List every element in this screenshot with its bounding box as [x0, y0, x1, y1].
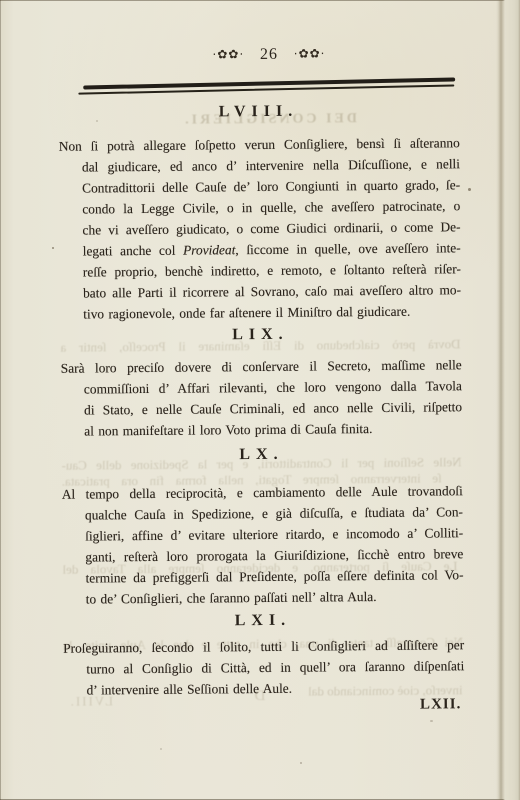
- section-heading-lxi: LXI.: [62, 610, 464, 632]
- section-heading-lviii: LVIII.: [57, 101, 459, 123]
- text-line: di Stato, e nelle Cauſe Criminali, ed an…: [84, 396, 462, 420]
- paper-speck: [300, 762, 302, 764]
- italic-term-provideat: Provideat: [183, 242, 235, 257]
- double-rule: [83, 77, 455, 94]
- section-heading-lx: LX.: [60, 444, 462, 466]
- paragraph-lviii: Non ſi potrà allegare ſoſpetto verun Con…: [59, 132, 462, 324]
- catchword: LXII.: [401, 696, 481, 714]
- fleuron-ornament-icon: ·✿✿·: [212, 47, 244, 61]
- text-line: to de’ Conſiglieri, che ſaranno paſſati …: [86, 585, 464, 609]
- page-content: ·✿✿· 26 ·✿✿· DEI CONSIGLIERI. LVIII. Non…: [0, 0, 520, 800]
- book-page-scan: ·✿✿· 26 ·✿✿· DEI CONSIGLIERI. LVIII. Non…: [0, 0, 520, 800]
- paper-speck: [430, 720, 433, 722]
- text-line: al non manifeſtare il loro Voto prima di…: [84, 417, 462, 441]
- section-heading-lix: LIX.: [59, 324, 461, 346]
- bleedthrough-ghost-heading: LVIII.: [69, 693, 114, 709]
- paragraph-lix: Sarà loro preciſo dovere di conſervare i…: [61, 354, 463, 441]
- paper-speck: [52, 247, 54, 249]
- paper-speck: [96, 120, 98, 122]
- running-head: ·✿✿· 26 ·✿✿·: [69, 44, 469, 65]
- paper-speck: [468, 188, 471, 191]
- bleedthrough-signature: D: [255, 688, 266, 705]
- paragraph-lx: Al tempo della reciprocità, e cambiament…: [62, 480, 464, 609]
- text-line: tivo ragionevole, onde far aſtenere il M…: [83, 300, 461, 324]
- line-part: legati anche col: [83, 243, 184, 259]
- page-number: 26: [260, 46, 278, 64]
- fleuron-ornament-icon: ·✿✿·: [294, 46, 326, 60]
- text-line: turno al Conſiglio di Città, ed in quell…: [86, 655, 464, 679]
- line-part: , ſiccome in quelle, ove aveſſero inte-: [235, 240, 460, 257]
- paper-speck: [160, 748, 162, 750]
